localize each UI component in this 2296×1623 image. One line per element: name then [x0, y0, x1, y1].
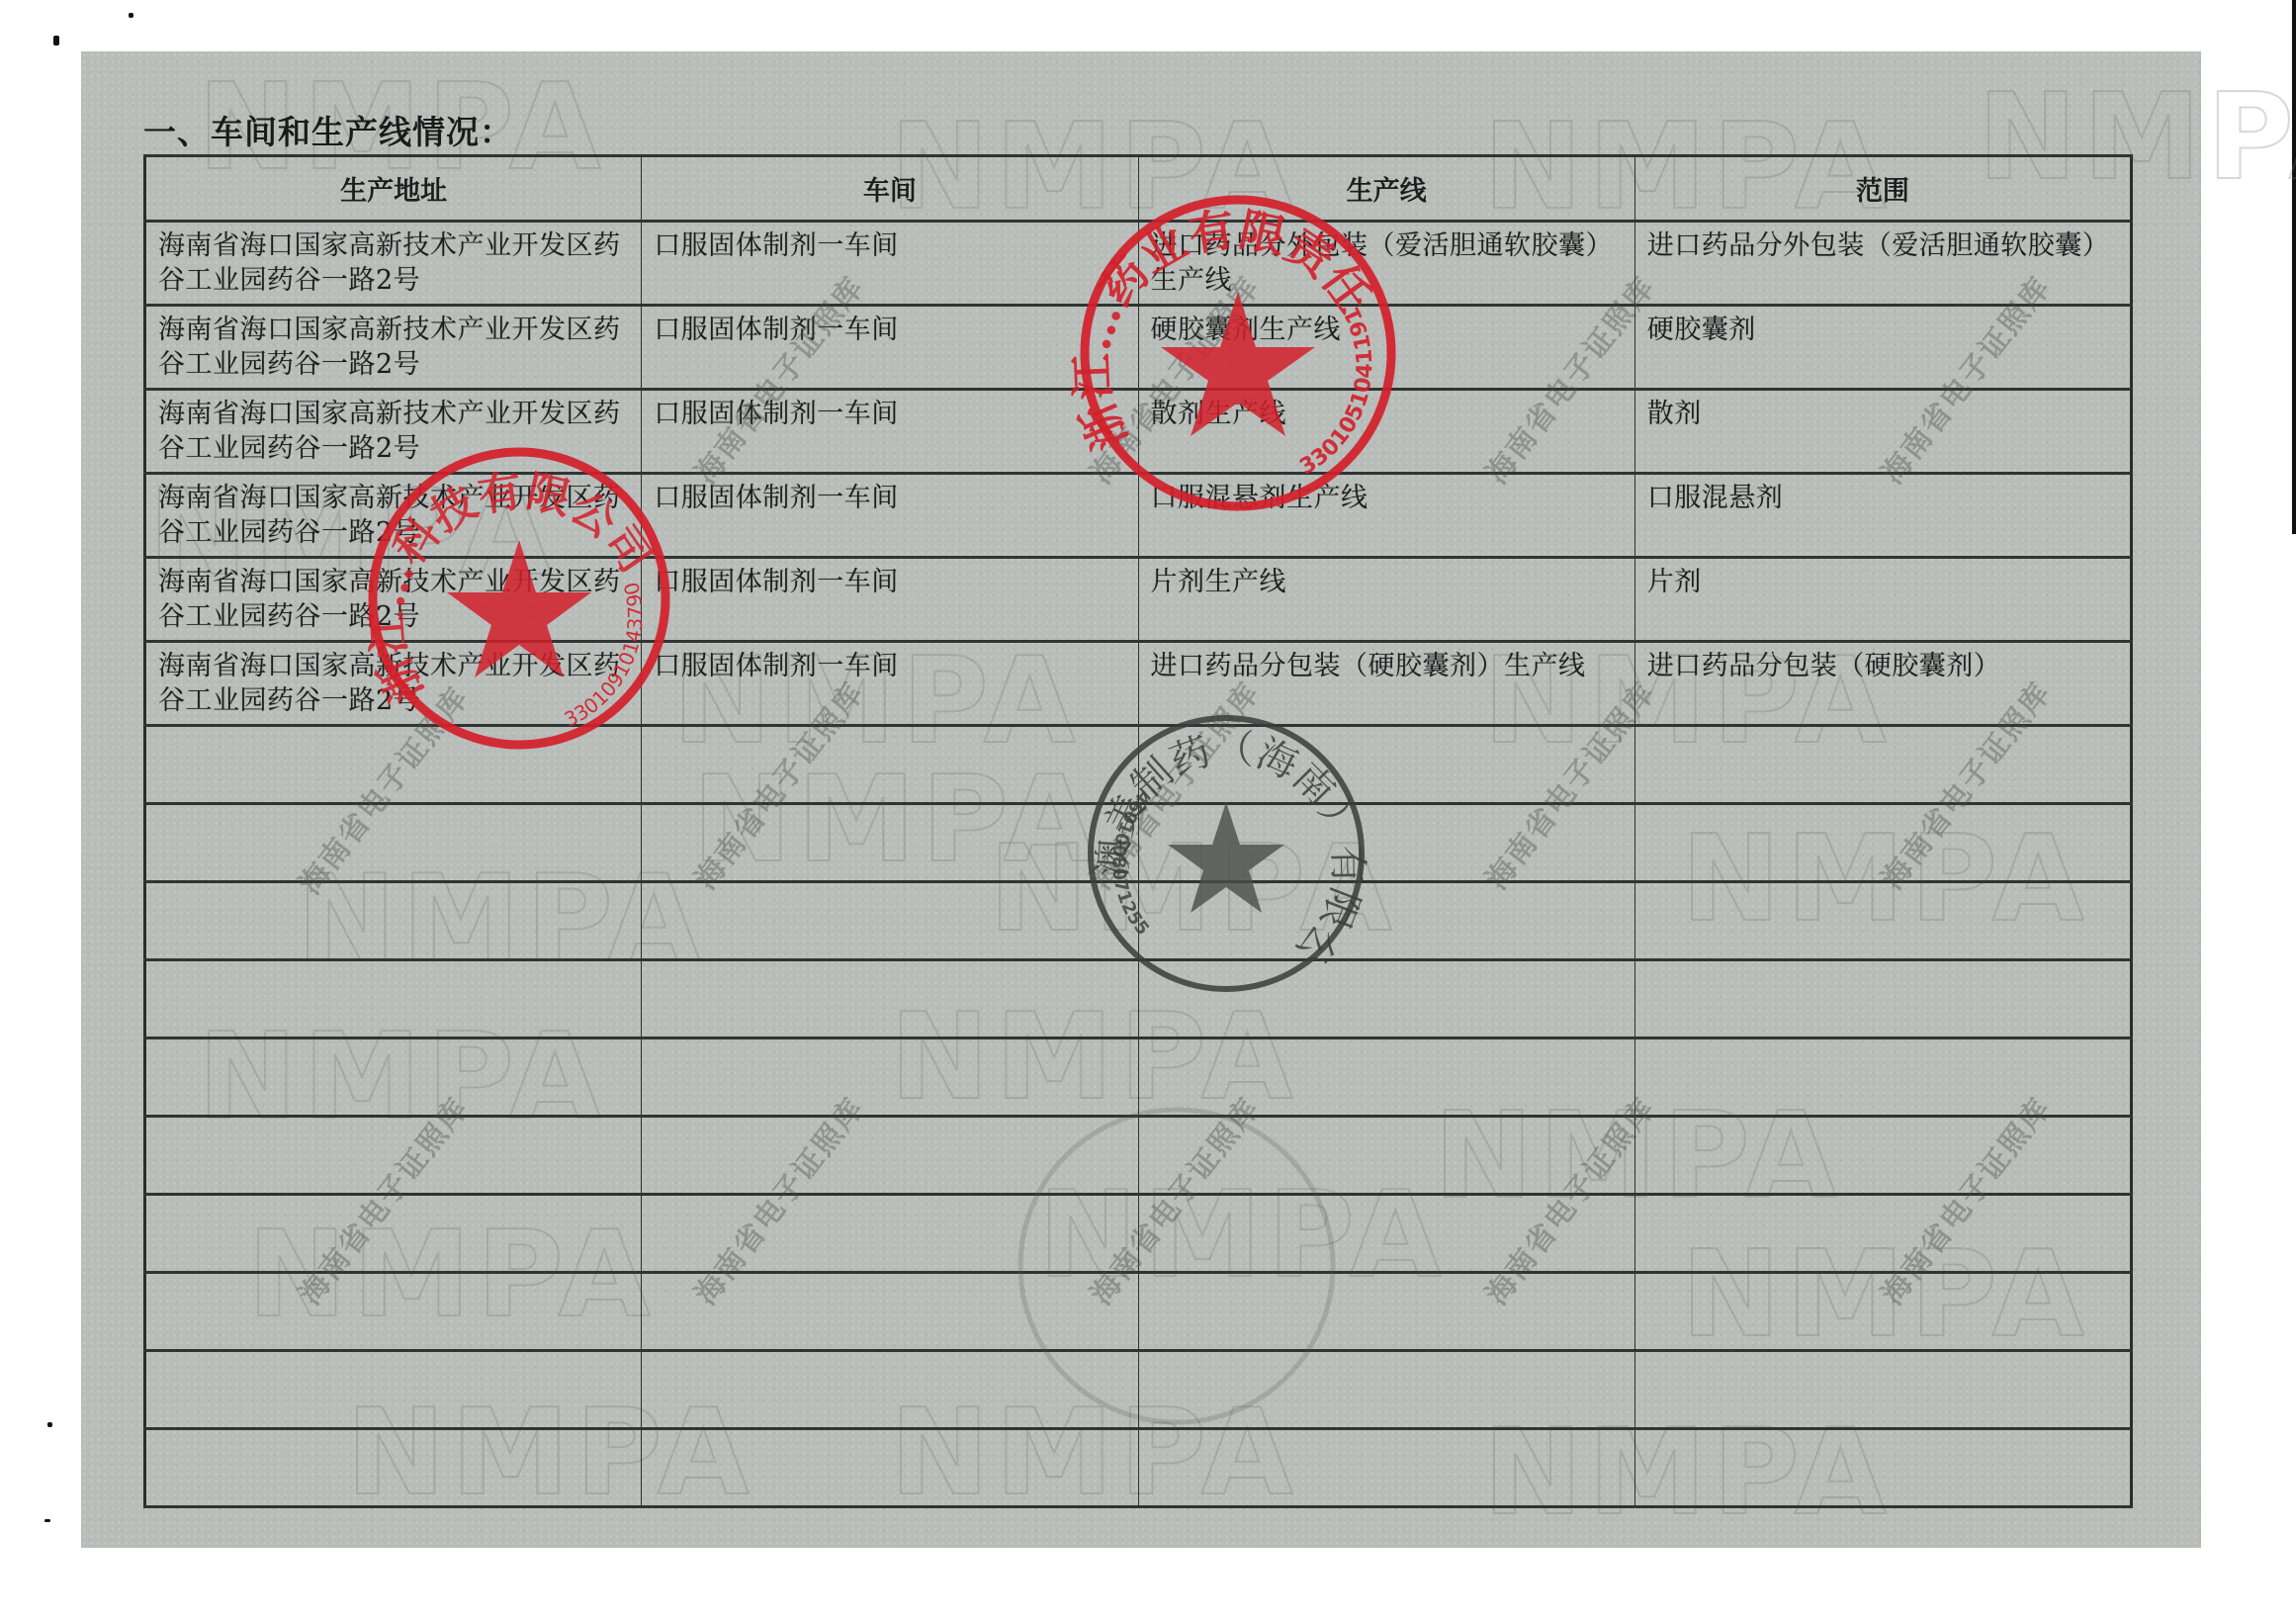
section-title: 一、车间和生产线情况： [143, 107, 513, 153]
scan-speck [44, 1519, 50, 1522]
cell-empty [1634, 1117, 2131, 1195]
cell-production-line: 片剂生产线 [1138, 558, 1634, 642]
cell-empty [642, 726, 1138, 804]
cell-production-line: 硬胶囊剂生产线 [1138, 306, 1634, 390]
cell-scope: 硬胶囊剂 [1634, 306, 2131, 390]
cell-scope: 进口药品分包装（硬胶囊剂） [1634, 642, 2131, 726]
table-row-empty [145, 726, 2132, 804]
cell-empty [642, 882, 1138, 960]
cell-empty [1634, 1429, 2131, 1507]
cell-workshop: 口服固体制剂一车间 [642, 306, 1138, 390]
cell-production-address: 海南省海口国家高新技术产业开发区药谷工业园药谷一路2号 [145, 390, 642, 474]
cell-empty [1138, 960, 1634, 1038]
cell-production-address: 海南省海口国家高新技术产业开发区药谷工业园药谷一路2号 [145, 558, 642, 642]
cell-empty [1634, 804, 2131, 882]
table-row: 海南省海口国家高新技术产业开发区药谷工业园药谷一路2号口服固体制剂一车间口服混悬… [145, 474, 2132, 558]
cell-empty [1634, 1038, 2131, 1117]
cell-empty [642, 804, 1138, 882]
cell-scope: 进口药品分外包装（爱活胆通软胶囊） [1634, 222, 2131, 306]
cell-empty [145, 804, 642, 882]
cell-workshop: 口服固体制剂一车间 [642, 474, 1138, 558]
cell-empty [1634, 1351, 2131, 1429]
scan-speck [53, 36, 59, 45]
cell-empty [1138, 882, 1634, 960]
workshop-production-line-table: 生产地址 车间 生产线 范围 海南省海口国家高新技术产业开发区药谷工业园药谷一路… [143, 154, 2133, 1508]
cell-workshop: 口服固体制剂一车间 [642, 390, 1138, 474]
table-row: 海南省海口国家高新技术产业开发区药谷工业园药谷一路2号口服固体制剂一车间硬胶囊剂… [145, 306, 2132, 390]
cell-workshop: 口服固体制剂一车间 [642, 222, 1138, 306]
cell-workshop: 口服固体制剂一车间 [642, 642, 1138, 726]
table-row-empty [145, 1429, 2132, 1507]
cell-empty [1138, 804, 1634, 882]
cell-production-line: 口服混悬剂生产线 [1138, 474, 1634, 558]
table-header-row: 生产地址 车间 生产线 范围 [145, 156, 2132, 222]
cell-production-address: 海南省海口国家高新技术产业开发区药谷工业园药谷一路2号 [145, 222, 642, 306]
cell-empty [145, 960, 642, 1038]
cell-production-address: 海南省海口国家高新技术产业开发区药谷工业园药谷一路2号 [145, 306, 642, 390]
table-row-empty [145, 960, 2132, 1038]
cell-scope: 片剂 [1634, 558, 2131, 642]
cell-empty [1634, 882, 2131, 960]
table-row-empty [145, 1117, 2132, 1195]
cell-empty [1138, 1195, 1634, 1273]
cell-empty [1138, 1273, 1634, 1351]
cell-empty [145, 1351, 642, 1429]
table-row-empty [145, 804, 2132, 882]
scan-speck [129, 13, 133, 18]
cell-empty [1634, 1195, 2131, 1273]
cell-scope: 散剂 [1634, 390, 2131, 474]
table-row-empty [145, 1038, 2132, 1117]
cell-empty [642, 1351, 1138, 1429]
table-row: 海南省海口国家高新技术产业开发区药谷工业园药谷一路2号口服固体制剂一车间进口药品… [145, 222, 2132, 306]
cell-empty [1634, 960, 2131, 1038]
cell-empty [145, 882, 642, 960]
cell-production-line: 散剂生产线 [1138, 390, 1634, 474]
table-row-empty [145, 1351, 2132, 1429]
cell-empty [145, 726, 642, 804]
header-production-line: 生产线 [1138, 156, 1634, 222]
table-row: 海南省海口国家高新技术产业开发区药谷工业园药谷一路2号口服固体制剂一车间进口药品… [145, 642, 2132, 726]
table-row-empty [145, 1195, 2132, 1273]
table-row: 海南省海口国家高新技术产业开发区药谷工业园药谷一路2号口服固体制剂一车间散剂生产… [145, 390, 2132, 474]
header-workshop: 车间 [642, 156, 1138, 222]
table-row: 海南省海口国家高新技术产业开发区药谷工业园药谷一路2号口服固体制剂一车间片剂生产… [145, 558, 2132, 642]
cell-empty [145, 1429, 642, 1507]
cell-scope: 口服混悬剂 [1634, 474, 2131, 558]
cell-empty [145, 1038, 642, 1117]
header-production-address: 生产地址 [145, 156, 642, 222]
cell-empty [145, 1195, 642, 1273]
cell-empty [642, 1117, 1138, 1195]
cell-production-line: 进口药品分包装（硬胶囊剂）生产线 [1138, 642, 1634, 726]
cell-empty [1138, 1429, 1634, 1507]
cell-empty [1634, 726, 2131, 804]
cell-empty [642, 1038, 1138, 1117]
cell-empty [145, 1273, 642, 1351]
cell-production-address: 海南省海口国家高新技术产业开发区药谷工业园药谷一路2号 [145, 642, 642, 726]
cell-workshop: 口服固体制剂一车间 [642, 558, 1138, 642]
cell-empty [1138, 726, 1634, 804]
table-row-empty [145, 882, 2132, 960]
cell-empty [642, 1195, 1138, 1273]
cell-empty [1138, 1117, 1634, 1195]
cell-empty [642, 960, 1138, 1038]
scan-edge-line [2292, 0, 2296, 534]
table-row-empty [145, 1273, 2132, 1351]
cell-empty [1138, 1038, 1634, 1117]
scan-speck [47, 1422, 52, 1427]
cell-production-line: 进口药品分外包装（爱活胆通软胶囊）生产线 [1138, 222, 1634, 306]
cell-empty [642, 1273, 1138, 1351]
cell-empty [145, 1117, 642, 1195]
cell-empty [1138, 1351, 1634, 1429]
header-scope: 范围 [1634, 156, 2131, 222]
cell-production-address: 海南省海口国家高新技术产业开发区药谷工业园药谷一路2号 [145, 474, 642, 558]
cell-empty [642, 1429, 1138, 1507]
cell-empty [1634, 1273, 2131, 1351]
